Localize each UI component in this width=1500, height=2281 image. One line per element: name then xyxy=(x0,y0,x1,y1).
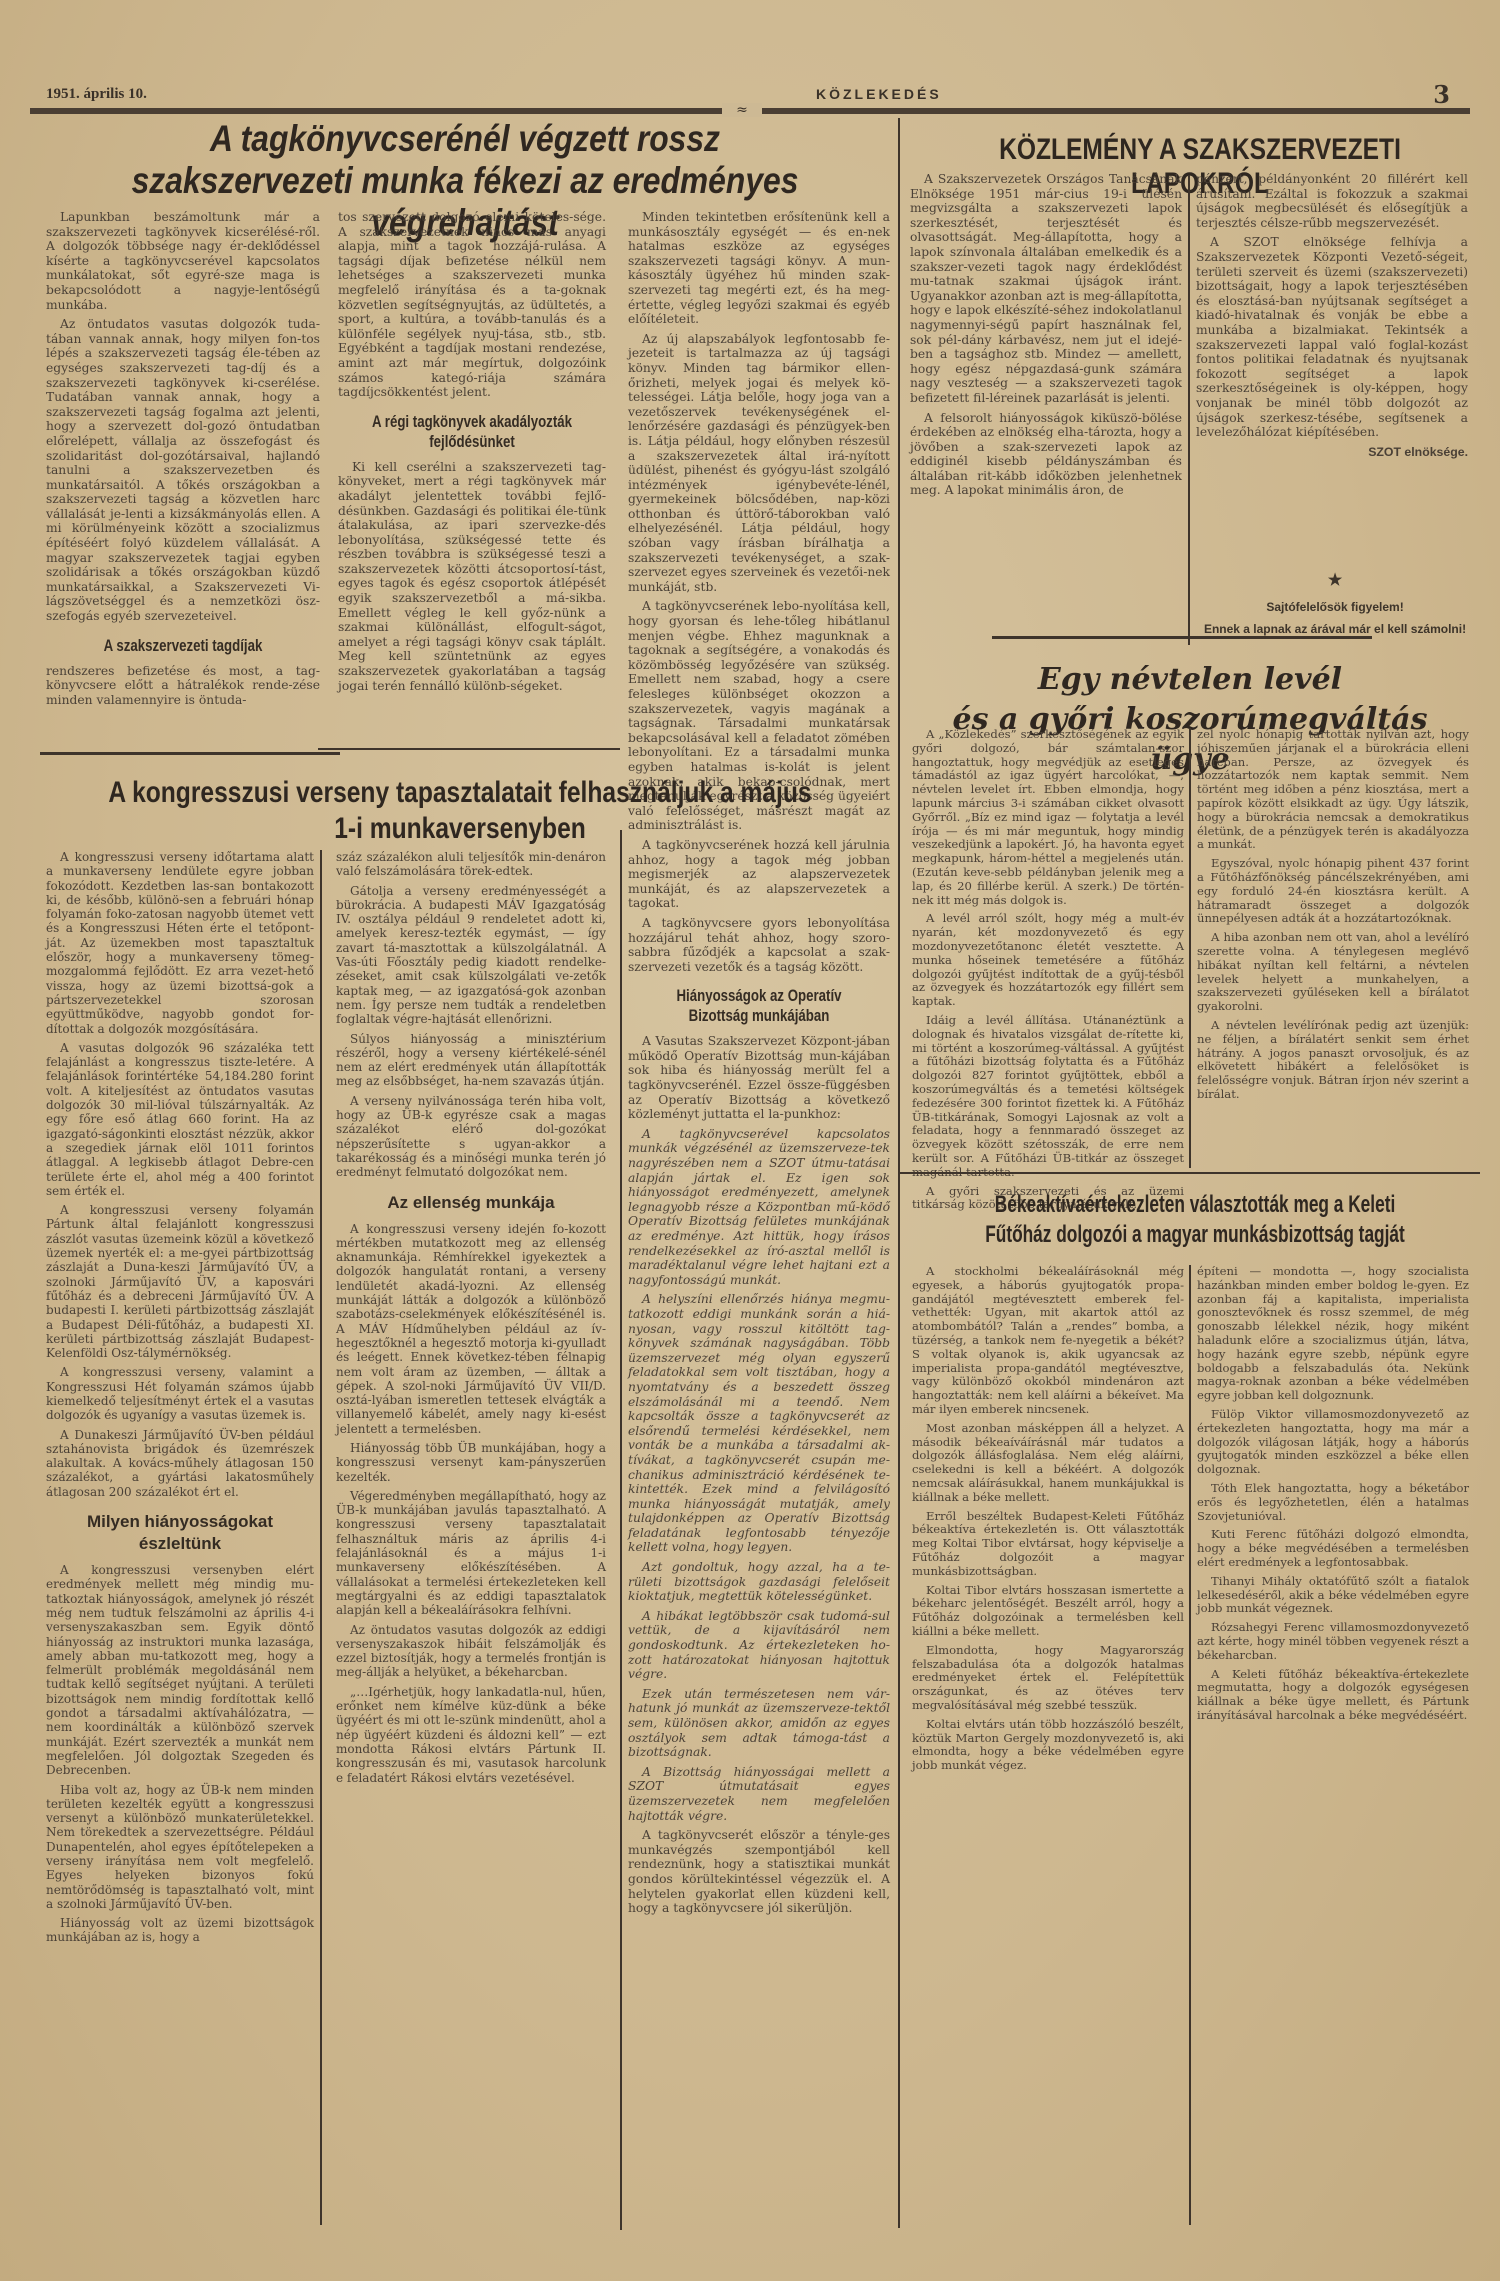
paragraph: Hiányosság volt az üzemi bizottságok mun… xyxy=(46,1916,314,1945)
subheading: Az ellenség munkája xyxy=(336,1192,606,1214)
paragraph: Koltai elvtárs után több hozzászóló besz… xyxy=(912,1718,1184,1773)
paragraph: A kongresszusi verseny idején fo-kozott … xyxy=(336,1222,606,1436)
paragraph: A helyszíni ellenőrzés hiánya megmu-tatk… xyxy=(628,1292,890,1555)
paragraph: A felsorolt hiányosságok kiküszö-bölése … xyxy=(910,411,1182,499)
paragraph: A tagkönyvcsere gyors lebonyolítása hozz… xyxy=(628,916,890,974)
signature: SZOT elnöksége. xyxy=(1196,445,1468,460)
paragraph: Végeredményben megállapítható, hogy az Ü… xyxy=(336,1489,606,1618)
paragraph: Az új alapszabályok legfontosabb fe-jeze… xyxy=(628,332,890,595)
notice-title: Sajtófelelősök figyelem! xyxy=(1200,600,1470,614)
article2-column-1: A Szakszervezetek Országos Tanácsának El… xyxy=(910,172,1182,503)
paragraph: A kongresszusi versenyben elért eredmény… xyxy=(46,1563,314,1777)
column-divider xyxy=(320,850,322,2225)
paragraph: Súlyos hiányosság a minisztérium részérő… xyxy=(336,1032,606,1089)
article2-column-2: pénzért, példányonként 20 fillérért kell… xyxy=(1196,172,1468,459)
paragraph: Egyszóval, nyolc hónapig pihent 437 fori… xyxy=(1197,857,1469,926)
paragraph: A verseny nyilvánossága terén hiba volt,… xyxy=(336,1094,606,1180)
paragraph: A tagkönyvcserének hozzá kell járulnia a… xyxy=(628,838,890,911)
paragraph: tos szervezett dolgozó elemi köteles-ség… xyxy=(338,210,606,400)
paragraph: Lapunkban beszámoltunk már a szakszervez… xyxy=(46,210,320,312)
paragraph: Rózsahegyi Ferenc villamosmozdonyvezető … xyxy=(1197,1621,1469,1662)
paragraph: építeni — mondotta —, hogy szocialista h… xyxy=(1197,1265,1469,1403)
subheading: A szakszervezeti tagdíjak xyxy=(76,636,290,656)
paragraph: Azt gondoltuk, hogy azzal, ha a te-rület… xyxy=(628,1560,890,1604)
notice-text: Ennek a lapnak az árával már el kell szá… xyxy=(1200,622,1470,636)
column-divider xyxy=(1189,1265,1191,2225)
article4-column-1: A „Közlekedés” szerkesztőségének az egyi… xyxy=(912,728,1184,1217)
paragraph: Koltai Tibor elvtárs hosszasan ismertett… xyxy=(912,1584,1184,1639)
paragraph: A Bizottság hiányosságai mellett a SZOT … xyxy=(628,1765,890,1823)
paragraph: Tihanyi Mihály oktatófűtő szólt a fiatal… xyxy=(1197,1575,1469,1616)
paragraph: Az öntudatos vasutas dolgozók az eddigi … xyxy=(336,1623,606,1680)
article1-column-1: Lapunkban beszámoltunk már a szakszervez… xyxy=(46,210,320,712)
operativ-bizottsag-statement: A tagkönyvcserével kapcsolatos munkák vé… xyxy=(628,1127,890,1823)
subheading: Hiányosságok az Operatív Bizottság munká… xyxy=(657,986,861,1026)
section-rule xyxy=(992,636,1372,639)
press-notice: ★ Sajtófelelősök figyelem! Ennek a lapna… xyxy=(1200,570,1470,636)
paragraph: A kongresszusi verseny, valamint a Kongr… xyxy=(46,1365,314,1422)
paragraph: Tóth Elek hangoztatta, hogy a béketábor … xyxy=(1197,1482,1469,1523)
section-rule xyxy=(900,1172,1480,1174)
paragraph: A hiba azonban nem ott van, ahol a levél… xyxy=(1197,931,1469,1014)
article3-column-2: száz százalékon aluli teljesítők min-den… xyxy=(336,850,606,1790)
subheading: Milyen hiányosságokat észleltünk xyxy=(46,1511,314,1555)
column-divider xyxy=(1189,728,1191,1168)
paragraph: A vasutas dolgozók 96 százaléka tett fel… xyxy=(46,1041,314,1198)
paragraph: pénzért, példányonként 20 fillérért kell… xyxy=(1196,172,1468,230)
headline-line-1: Egy névtelen levél xyxy=(910,660,1470,700)
paragraph: Elmondotta, hogy Magyarország felszabadu… xyxy=(912,1644,1184,1713)
paragraph: Idáig a levél állítása. Utánanéztünk a d… xyxy=(912,1014,1184,1180)
article-headline-bekeaktiva: Békeaktívaértekezleten választották meg … xyxy=(983,1190,1408,1250)
article5-column-1: A stockholmi békealáírásoknál még egyese… xyxy=(912,1265,1184,1778)
wave-ornament-icon: ≈ xyxy=(722,103,762,117)
paragraph: A kongresszusi verseny időtartama alatt … xyxy=(46,850,314,1036)
paragraph: Ki kell cserélni a szakszervezeti tag-kö… xyxy=(338,460,606,694)
paragraph: A Vasutas Szakszervezet Központ-jában mű… xyxy=(628,1034,890,1122)
column-divider xyxy=(620,830,622,2230)
paragraph: Ezek után természetesen nem vár-hatunk j… xyxy=(628,1687,890,1760)
paragraph: A „Közlekedés” szerkesztőségének az egyi… xyxy=(912,728,1184,907)
column-divider xyxy=(1188,175,1190,645)
paragraph: A Keleti fűtőház békeaktíva-értekezlete … xyxy=(1197,1668,1469,1723)
newspaper-page: 1951. április 10. KÖZLEKEDÉS 3 ≈ A tagkö… xyxy=(0,0,1500,2281)
paragraph: Fülöp Viktor villamosmozdonyvezető az ér… xyxy=(1197,1408,1469,1477)
subheading: A régi tagkönyvek akadályozták fejlődésü… xyxy=(367,412,576,452)
paragraph: Kuti Ferenc fűtőházi dolgozó elmondta, h… xyxy=(1197,1528,1469,1569)
paragraph: Hiányosság több ÜB munkájában, hogy a ko… xyxy=(336,1441,606,1484)
paragraph: rendszeres befizetése és most, a tag-kön… xyxy=(46,664,320,708)
article4-column-2: zel nyolc hónapig tartották nyilván azt,… xyxy=(1197,728,1469,1107)
paragraph: A tagkönyvcserével kapcsolatos munkák vé… xyxy=(628,1127,890,1288)
page-number: 3 xyxy=(1433,80,1450,109)
paragraph: Hiba volt az, hogy az ÜB-k nem minden te… xyxy=(46,1783,314,1912)
paragraph: A stockholmi békealáírásoknál még egyese… xyxy=(912,1265,1184,1417)
paragraph: A kongresszusi verseny folyamán Pártunk … xyxy=(46,1203,314,1360)
paragraph: Minden tekintetben erősítenünk kell a mu… xyxy=(628,210,890,327)
newspaper-title: KÖZLEKEDÉS xyxy=(816,86,942,102)
paragraph: A Dunakeszi Járműjavító ÜV-ben például s… xyxy=(46,1428,314,1499)
paragraph: Gátolja a verseny eredményességét a büro… xyxy=(336,884,606,1027)
star-icon: ★ xyxy=(1200,570,1470,590)
paragraph: A hibákat legtöbbször csak tudomá-sul ve… xyxy=(628,1609,890,1682)
issue-date: 1951. április 10. xyxy=(46,86,147,103)
paragraph: A névtelen levélírónak pedig azt üzenjük… xyxy=(1197,1019,1469,1102)
paragraph: zel nyolc hónapig tartották nyilván azt,… xyxy=(1197,728,1469,852)
paragraph: A Szakszervezetek Országos Tanácsának El… xyxy=(910,172,1182,406)
paragraph: Most azonban másképpen áll a helyzet. A … xyxy=(912,1422,1184,1505)
article3-column-1: A kongresszusi verseny időtartama alatt … xyxy=(46,850,314,1950)
paragraph: A levél arról szólt, hogy még a mult-év … xyxy=(912,912,1184,1009)
article5-column-2: építeni — mondotta —, hogy szocialista h… xyxy=(1197,1265,1469,1728)
article1-column-2: tos szervezett dolgozó elemi köteles-ség… xyxy=(338,210,606,698)
paragraph: A SZOT elnöksége felhívja a Szakszerveze… xyxy=(1196,235,1468,439)
paragraph: Erről beszéltek Budapest-Keleti Fűtőház … xyxy=(912,1510,1184,1579)
paragraph: Az öntudatos vasutas dolgozók tuda-tában… xyxy=(46,317,320,623)
paragraph: „…Igérhetjük, hogy lankadatla-nul, hűen,… xyxy=(336,1685,606,1785)
article1-column-3: Minden tekintetben erősítenünk kell a mu… xyxy=(628,210,890,1921)
article-headline-kongresszusi-verseny: A kongresszusi verseny tapasztalatait fe… xyxy=(107,775,812,847)
paragraph: A tagkönyvcserét először a tényle-ges mu… xyxy=(628,1828,890,1916)
section-rule xyxy=(40,752,340,755)
paragraph: száz százalékon aluli teljesítők min-den… xyxy=(336,850,606,879)
